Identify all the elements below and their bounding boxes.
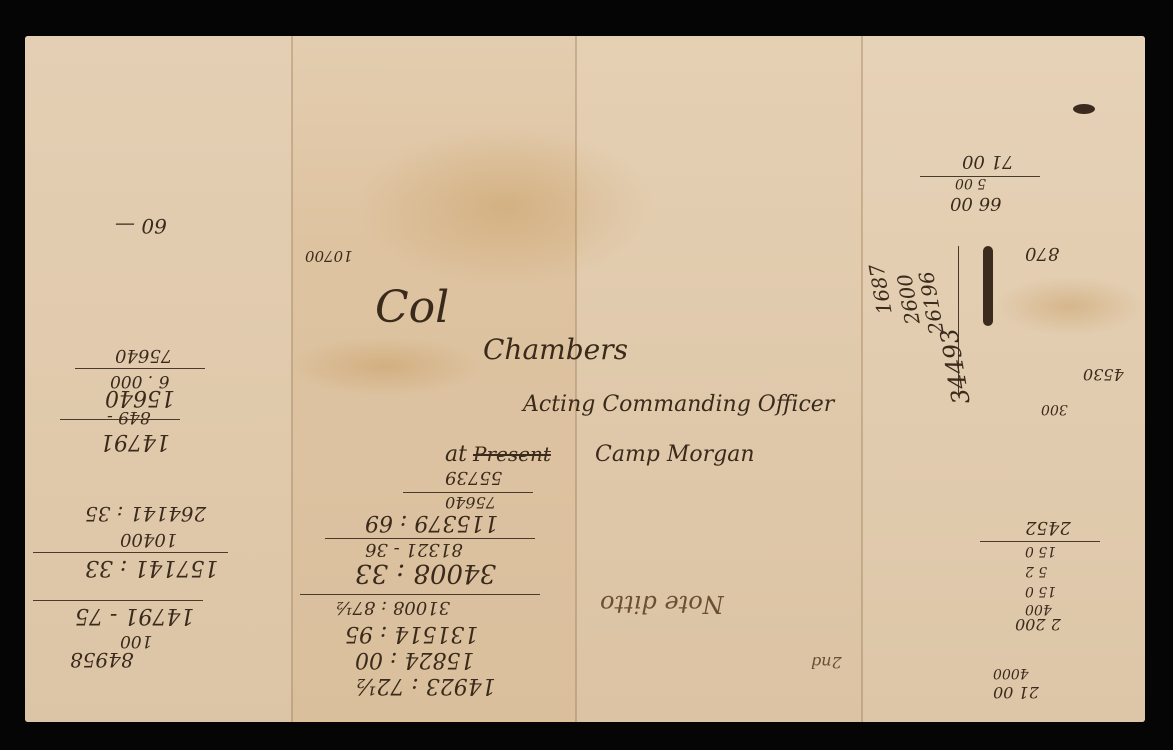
ink-blot — [1073, 104, 1095, 114]
sum-rule — [300, 594, 540, 595]
calc-line: 75640 — [445, 494, 496, 510]
calc-line: 66 00 — [950, 194, 1002, 212]
sum-rule — [980, 541, 1100, 542]
calc-line: 71 00 — [962, 152, 1014, 170]
addressee-title: Acting Commanding Officer — [523, 394, 834, 416]
addressee-location: Camp Morgan — [595, 444, 755, 466]
calc-line: 15 0 — [1025, 584, 1056, 598]
docket-mark: 2nd — [811, 654, 842, 670]
sum-rule — [75, 368, 205, 369]
calc-line: 870 — [1025, 244, 1059, 262]
calc-line: 100 — [120, 632, 152, 649]
calc-line: 157141 : 33 — [85, 556, 218, 578]
calc-line: 300 — [1041, 402, 1068, 416]
manuscript-page: Col Chambers Acting Commanding Officer a… — [25, 36, 1145, 722]
fold-panel-3 — [576, 36, 862, 722]
fold-line — [291, 36, 293, 722]
calc-line: 5 2 — [1025, 564, 1047, 578]
note-number: 10700 — [305, 248, 353, 263]
addressee-name: Chambers — [483, 336, 628, 364]
calc-line: 400 — [1025, 602, 1052, 616]
calc-line: 15 0 — [1025, 544, 1056, 558]
sum-rule — [33, 600, 203, 601]
water-stain — [355, 126, 655, 286]
ink-blot — [983, 246, 993, 326]
calc-line: 55739 — [445, 468, 502, 486]
struck-word: Present — [473, 444, 551, 464]
calc-line: 81321 - 36 — [365, 540, 463, 558]
calc-line: 2 200 — [1015, 616, 1061, 632]
calc-line: 131514 : 95 — [345, 622, 478, 644]
calc-line: 4530 — [1083, 366, 1124, 382]
calc-line: 14923 : 72½ — [355, 674, 496, 696]
water-stain — [995, 276, 1145, 336]
calc-line: 60 — — [115, 216, 167, 236]
water-stain — [285, 336, 485, 396]
calc-line: 31008 : 87½ — [335, 598, 450, 616]
calc-line: 2452 — [1025, 518, 1071, 536]
fold-line — [861, 36, 863, 722]
calc-line: 5 00 — [955, 176, 986, 190]
location-prefix: at — [445, 444, 467, 466]
calc-line: 15824 : 00 — [355, 648, 474, 670]
calc-line: 264141 : 35 — [85, 504, 206, 524]
calc-line: 14791 - 75 — [75, 604, 194, 626]
docket-signature: Note ditto — [600, 592, 724, 616]
calc-line: 115379 : 69 — [365, 511, 498, 533]
calc-line: 849 - — [107, 408, 151, 425]
calc-line: 10400 — [120, 530, 177, 548]
calc-line: 15640 — [105, 386, 175, 408]
calc-line: 21 00 — [993, 684, 1039, 700]
salutation-text: Col — [375, 286, 449, 330]
calc-line: 34008 : 33 — [355, 560, 496, 586]
sum-rule — [33, 552, 228, 553]
calc-line: 14791 — [100, 430, 170, 452]
calc-line: 4000 — [993, 666, 1029, 680]
calc-line: 84958 — [70, 650, 134, 670]
calc-line: 75640 — [115, 346, 172, 364]
